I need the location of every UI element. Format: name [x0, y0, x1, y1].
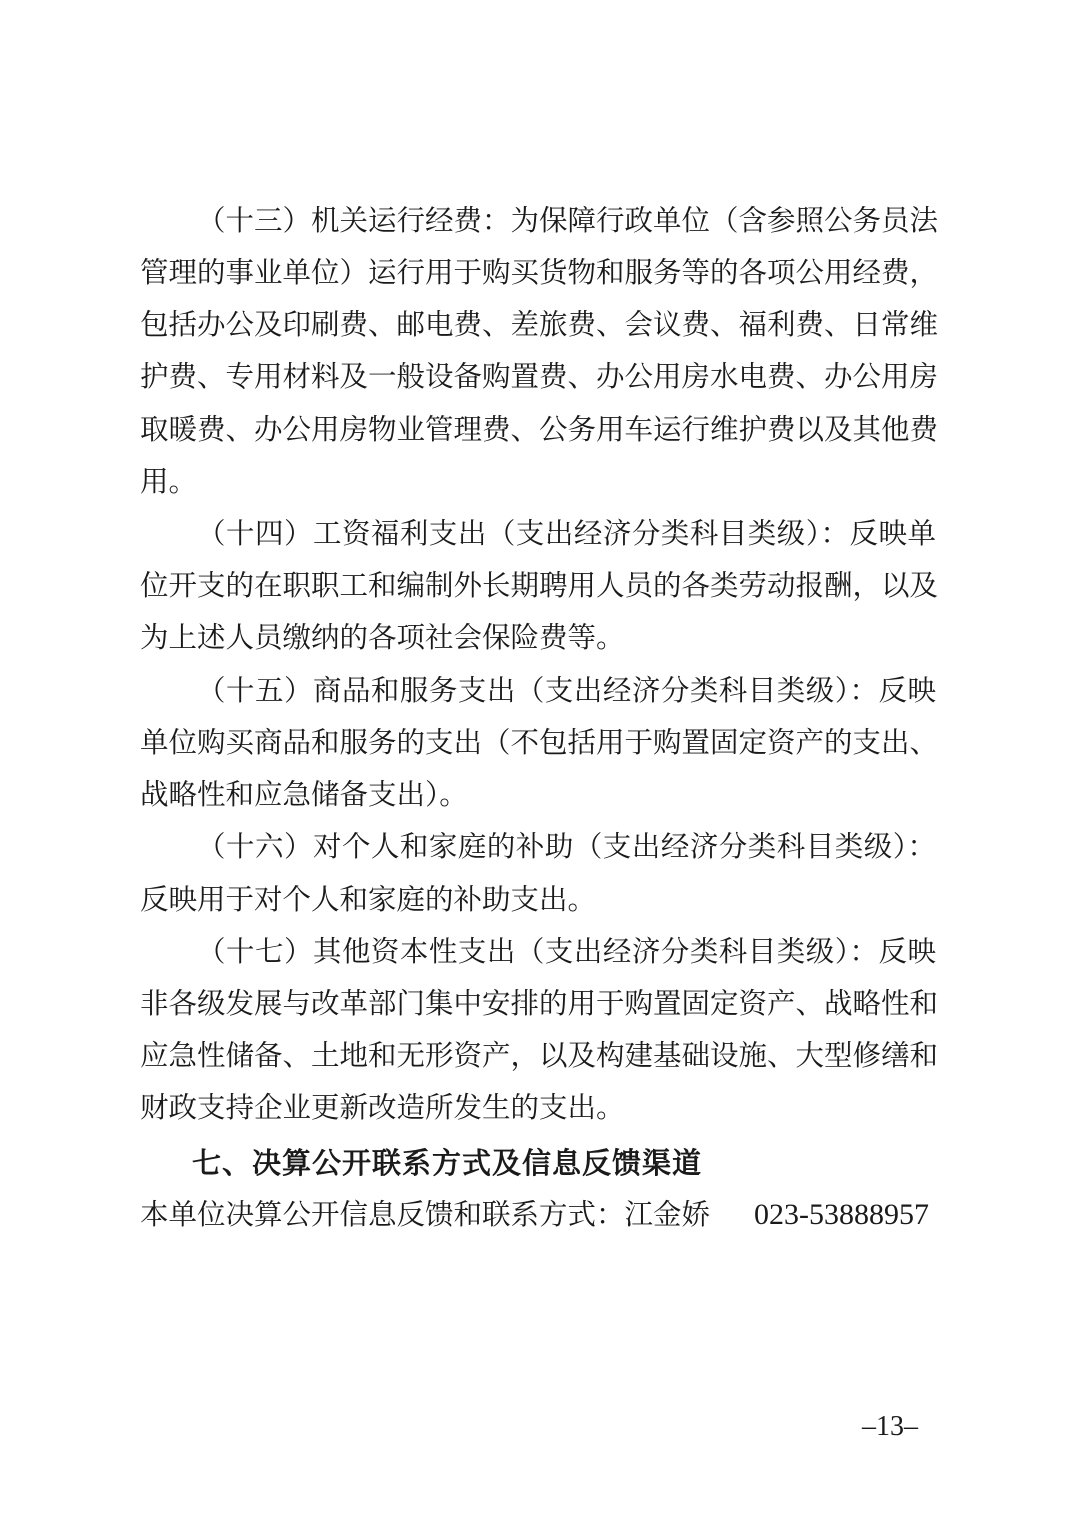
section-15-line-3: 战略性和应急储备支出）。 — [140, 775, 936, 815]
section-14-line-3: 为上述人员缴纳的各项社会保险费等。 — [140, 618, 936, 658]
section-14-line-1: （十四）工资福利支出（支出经济分类科目类级）：反映单 — [197, 514, 936, 554]
section-13-line-4: 护费、专用材料及一般设备购置费、办公用房水电费、办公用房 — [140, 357, 936, 397]
contact-phone: 023-53888957 — [754, 1195, 929, 1235]
contact-line: 本单位决算公开信息反馈和联系方式：江金娇023-53888957 — [140, 1195, 929, 1235]
section-16-line-2: 反映用于对个人和家庭的补助支出。 — [140, 880, 936, 920]
section-14-line-2: 位开支的在职职工和编制外长期聘用人员的各类劳动报酬，以及 — [140, 566, 936, 606]
section-17-line-2: 非各级发展与改革部门集中安排的用于购置固定资产、战略性和 — [140, 984, 936, 1024]
section-16-line-1: （十六）对个人和家庭的补助（支出经济分类科目类级）： — [197, 827, 936, 867]
section-heading-contact: 七、决算公开联系方式及信息反馈渠道 — [192, 1143, 702, 1183]
section-17-line-4: 财政支持企业更新改造所发生的支出。 — [140, 1088, 936, 1128]
section-13-line-6: 用。 — [140, 462, 936, 502]
section-13-line-3: 包括办公及印刷费、邮电费、差旅费、会议费、福利费、日常维 — [140, 305, 936, 345]
contact-label: 本单位决算公开信息反馈和联系方式：江金娇 — [140, 1198, 710, 1231]
section-13-line-1: （十三）机关运行经费：为保障行政单位（含参照公务员法 — [197, 201, 936, 241]
section-17-line-1: （十七）其他资本性支出（支出经济分类科目类级）：反映 — [197, 932, 936, 972]
section-15-line-2: 单位购买商品和服务的支出（不包括用于购置固定资产的支出、 — [140, 723, 936, 763]
section-13-line-5: 取暖费、办公用房物业管理费、公务用车运行维护费以及其他费 — [140, 410, 936, 450]
section-17-line-3: 应急性储备、土地和无形资产，以及构建基础设施、大型修缮和 — [140, 1036, 936, 1076]
document-page: （十三）机关运行经费：为保障行政单位（含参照公务员法 管理的事业单位）运行用于购… — [0, 0, 1075, 1520]
section-15-line-1: （十五）商品和服务支出（支出经济分类科目类级）：反映 — [197, 671, 936, 711]
page-number: –13– — [862, 1409, 918, 1445]
section-13-line-2: 管理的事业单位）运行用于购买货物和服务等的各项公用经费， — [140, 253, 936, 293]
